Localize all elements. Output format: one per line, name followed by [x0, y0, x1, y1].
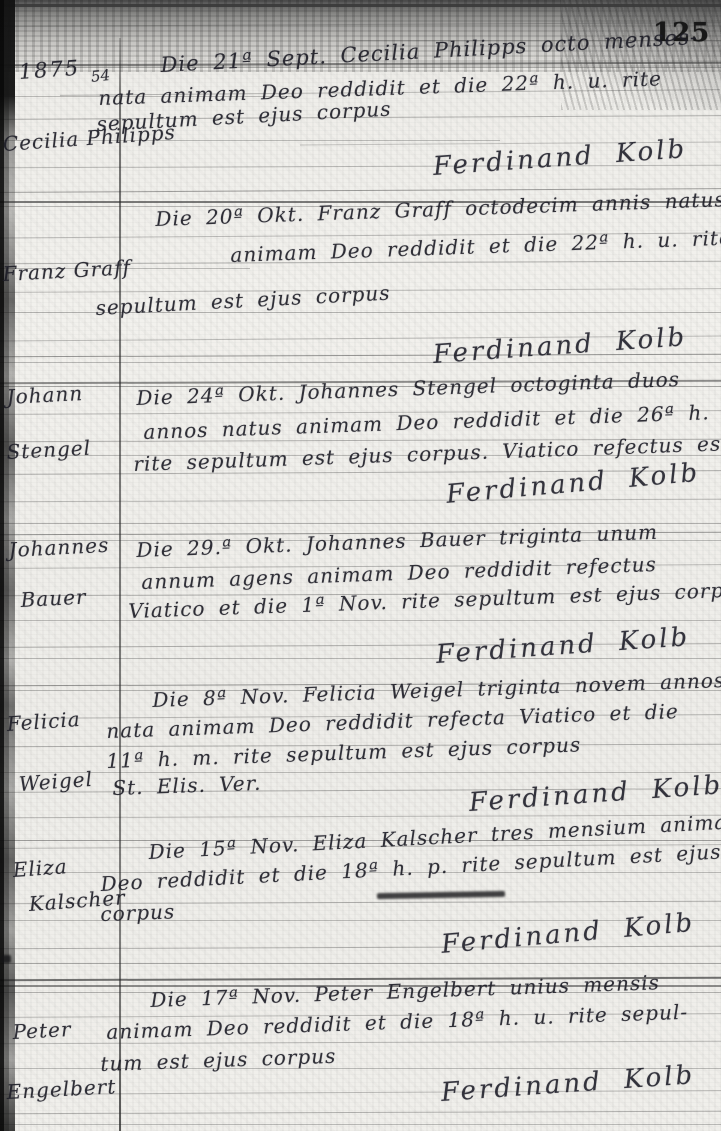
margin-name: Franz Graff — [2, 255, 131, 286]
margin-name: Bauer — [20, 585, 87, 612]
margin-name: Engelbert — [6, 1074, 117, 1104]
rule-line — [0, 22, 721, 27]
ink-speck — [1, 955, 11, 963]
signature: Ferdinand Kolb — [440, 908, 696, 960]
entry-line: tum est ejus corpus — [100, 1044, 337, 1076]
rule-line — [0, 362, 721, 363]
margin-name: Cecilia Philipps — [2, 120, 176, 156]
entry-line: animam Deo reddidit et die 22ª h. u. rit… — [230, 225, 721, 266]
entry-line: sepultum est ejus corpus — [95, 281, 391, 320]
margin-name: Weigel — [18, 767, 94, 796]
scan-left-edge — [0, 0, 15, 1131]
entry-number: 54 — [90, 66, 111, 86]
margin-name: Eliza — [12, 854, 68, 882]
signature: Ferdinand Kolb — [468, 770, 721, 818]
entry-line: corpus — [100, 899, 176, 926]
rule-line — [0, 620, 721, 621]
margin-rule — [119, 38, 121, 1131]
margin-name: Felicia — [6, 707, 81, 736]
rule-line — [0, 4, 721, 7]
rule-line — [0, 1111, 721, 1115]
margin-name: Johannes — [8, 533, 110, 562]
entry-line: Die 20ª Okt. Franz Graff octodecim annis… — [155, 187, 721, 231]
margin-name: Johann — [6, 381, 84, 409]
margin-name: Peter — [12, 1017, 72, 1044]
rule-line — [0, 1124, 721, 1125]
entry-line: St. Elis. Ver. — [112, 771, 262, 800]
rule-line — [0, 499, 721, 503]
scan-corner-shadow — [561, 0, 721, 110]
signature: Ferdinand Kolb — [440, 1060, 696, 1108]
signature: Ferdinand Kolb — [432, 322, 688, 370]
rule-line — [0, 946, 721, 950]
signature: Ferdinand Kolb — [432, 134, 688, 182]
year-label: 1875 — [18, 56, 81, 84]
rule-line — [0, 963, 721, 964]
signature: Ferdinand Kolb — [435, 622, 691, 670]
signature: Ferdinand Kolb — [445, 458, 701, 510]
rule-line — [0, 658, 721, 659]
margin-name: Stengel — [6, 436, 92, 464]
ink-smudge — [377, 891, 505, 899]
register-page: 125 1875 54 Die 21ª Sept. Cecilia Philip… — [0, 0, 721, 1131]
